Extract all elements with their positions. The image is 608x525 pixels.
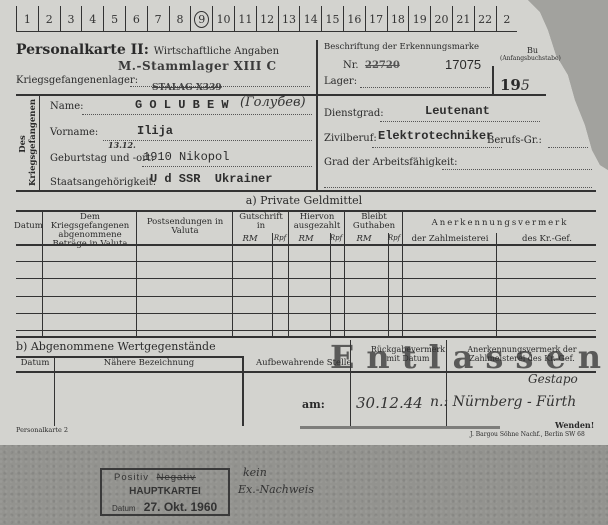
camp-stamp: M.-Stammlager XIII C xyxy=(118,59,277,73)
number-cell: 11 xyxy=(234,6,256,32)
nr-struck: 22720 xyxy=(365,60,400,71)
stamp-line1: Positiv Negativ xyxy=(114,472,196,483)
number-cell-label: 19 xyxy=(413,13,427,26)
stamp-number-value: 19 xyxy=(500,76,521,94)
nr-value: 17075 xyxy=(445,57,481,72)
staat-label: Staatsangehörigkeit: xyxy=(50,177,156,188)
hauptkartei-stamp: Positiv Negativ HAUPTKARTEI Datum 27. Ok… xyxy=(100,468,230,516)
number-cell-label: 10 xyxy=(217,13,231,26)
number-cell-label: 5 xyxy=(111,13,118,26)
number-cell: 9 xyxy=(190,6,212,32)
number-cell-label: 21 xyxy=(456,13,470,26)
geburt-value: 1910 Nikopol xyxy=(143,150,229,164)
camp-label: Kriegsgefangenenlager: xyxy=(16,75,138,86)
number-cell: 17 xyxy=(365,6,387,32)
number-cell-label: 15 xyxy=(326,13,340,26)
geburt-handwritten-date: 13.12. xyxy=(108,140,136,150)
section-b-title: b) Abgenommene Wertgegenstände xyxy=(16,340,216,353)
number-cell-label: 16 xyxy=(347,13,361,26)
number-cell-label: 3 xyxy=(67,13,74,26)
col-b-datum: Datum xyxy=(16,358,54,368)
col-gutschrift: Gutschrift in xyxy=(234,213,288,231)
stamp-hauptkartei: HAUPTKARTEI xyxy=(102,486,228,497)
number-cell: 18 xyxy=(387,6,409,32)
number-cell: 15 xyxy=(321,6,343,32)
arbeit-field-2 xyxy=(324,178,592,188)
number-cell-label: 17 xyxy=(369,13,383,26)
name-value: G O L U B E W xyxy=(135,98,229,112)
number-cell: 14 xyxy=(299,6,321,32)
subtitle-text: Wirtschaftliche Angaben xyxy=(154,46,279,57)
number-cell-label: 14 xyxy=(304,13,318,26)
number-cell-label: 22 xyxy=(478,13,492,26)
number-cell: 4 xyxy=(81,6,103,32)
stamp-negativ: Negativ xyxy=(157,472,196,483)
am-label: am: xyxy=(302,398,325,411)
handwritten-destination: n.: Nürnberg - Fürth xyxy=(430,394,576,410)
number-cell: 1 xyxy=(16,6,38,32)
dienstgrad-value: Leutenant xyxy=(425,104,490,118)
bu-label: Bu xyxy=(527,46,538,55)
entlassen-stamp: Entlassen xyxy=(330,338,608,376)
side-label: Des Kriegsgefangenen xyxy=(18,102,38,186)
number-cell-label: 2 xyxy=(46,13,53,26)
col-b-bezeichnung: Nähere Bezeichnung xyxy=(56,358,242,368)
number-cell: 22 xyxy=(474,6,496,32)
number-cell-label: 7 xyxy=(155,13,162,26)
number-cell: 13 xyxy=(278,6,300,32)
number-strip: 123456789101112131415161718192021222 xyxy=(16,6,517,32)
note-line2: Ex.-Nachweis xyxy=(238,483,314,496)
name-cyrillic: (Голубев) xyxy=(240,95,306,110)
vorname-label: Vorname: xyxy=(50,127,98,138)
number-cell-label: 20 xyxy=(435,13,449,26)
side-label-box: Des Kriegsgefangenen xyxy=(16,96,40,190)
rm-label: RM xyxy=(296,235,316,244)
number-cell-label: 2 xyxy=(503,13,510,26)
nr-label: Nr. xyxy=(343,60,359,71)
dienstgrad-label: Dienstgrad: xyxy=(324,108,384,119)
erkennungsmarke-header: Beschriftung der Erkennungsmarke xyxy=(324,42,479,52)
note-line1: kein xyxy=(243,466,267,479)
col-krgef: des Kr.-Gef. xyxy=(498,235,596,244)
name-label: Name: xyxy=(50,101,83,112)
berufs-gr-field xyxy=(548,138,588,148)
number-cell-label: 12 xyxy=(260,13,274,26)
number-cell: 19 xyxy=(408,6,430,32)
berufs-gr-label: Berufs-Gr.: xyxy=(487,135,542,146)
number-cell-label: 18 xyxy=(391,13,405,26)
number-cell: 7 xyxy=(147,6,169,32)
zivilberuf-label: Zivilberuf: xyxy=(324,133,377,144)
lager-field xyxy=(360,76,490,88)
stamp-datum-value: 27. Okt. 1960 xyxy=(144,500,217,514)
number-cell-label: 9 xyxy=(194,11,209,28)
section-a-title: a) Private Geldmittel xyxy=(0,194,608,207)
anfangsbuchstabe-label: (Anfangsbuchstabe) xyxy=(500,55,561,62)
footer-left: Personalkarte 2 xyxy=(16,426,68,434)
arbeit-field xyxy=(442,160,592,170)
arbeit-label: Grad der Arbeitsfähigkeit: xyxy=(324,157,458,168)
handwritten-suffix: 5 xyxy=(521,78,530,94)
number-cell: 10 xyxy=(212,6,234,32)
rpf-label: Rpf xyxy=(272,235,288,242)
col-zahlmeisterei: der Zahlmeisterei xyxy=(404,235,496,244)
card-title: Personalkarte II: Wirtschaftliche Angabe… xyxy=(16,42,279,58)
stamp-datum-label: Datum xyxy=(112,504,136,513)
handwritten-date: 30.12.44 xyxy=(356,394,423,412)
number-cell-label: 13 xyxy=(282,13,296,26)
col-datum: Datum xyxy=(14,222,42,231)
number-cell: 20 xyxy=(430,6,452,32)
lager-label: Lager: xyxy=(324,76,357,87)
number-cell-label: 11 xyxy=(238,13,252,26)
stamp-smudge xyxy=(300,426,500,429)
staat-value: U d SSR Ukrainer xyxy=(150,172,272,186)
col-hiervon: Hiervon ausgezahlt xyxy=(290,213,344,231)
vorname-value: Ilija xyxy=(137,124,173,138)
number-cell: 5 xyxy=(103,6,125,32)
number-cell: 21 xyxy=(452,6,474,32)
col-postsendungen: Postsendungen in Valuta xyxy=(138,218,232,236)
number-cell: 6 xyxy=(125,6,147,32)
stamp-datum: Datum 27. Okt. 1960 xyxy=(112,500,217,514)
number-cell: 2 xyxy=(496,6,518,32)
rm-label: RM xyxy=(354,235,374,244)
geburt-label: Geburtstag und -ort: xyxy=(50,153,154,164)
zivilberuf-value: Elektrotechniker xyxy=(378,129,493,143)
number-cell: 8 xyxy=(169,6,191,32)
printer-line: J. Bargou Söhne Nachf., Berlin SW 68 xyxy=(470,431,585,438)
number-cell-label: 6 xyxy=(133,13,140,26)
handwritten-gestapo: Gestapo xyxy=(528,372,578,386)
stamp-number: 195 xyxy=(500,76,530,94)
footer-wenden: Wenden! xyxy=(555,420,594,430)
camp-struck-value: STALAG X339 xyxy=(152,83,222,93)
number-cell: 12 xyxy=(256,6,278,32)
number-cell-label: 8 xyxy=(176,13,183,26)
number-cell-label: 1 xyxy=(24,13,31,26)
stamp-positiv: Positiv xyxy=(114,472,149,483)
title-text: Personalkarte II: xyxy=(16,42,149,58)
col-bleibt: Bleibt Guthaben xyxy=(346,213,402,231)
number-cell-label: 4 xyxy=(89,13,96,26)
number-cell: 16 xyxy=(343,6,365,32)
camp-field: STALAG X339 xyxy=(130,75,310,87)
number-cell: 3 xyxy=(60,6,82,32)
rm-label: RM xyxy=(240,235,260,244)
number-cell: 2 xyxy=(38,6,60,32)
col-anerkennung: Anerkennungsvermerk xyxy=(404,219,596,228)
